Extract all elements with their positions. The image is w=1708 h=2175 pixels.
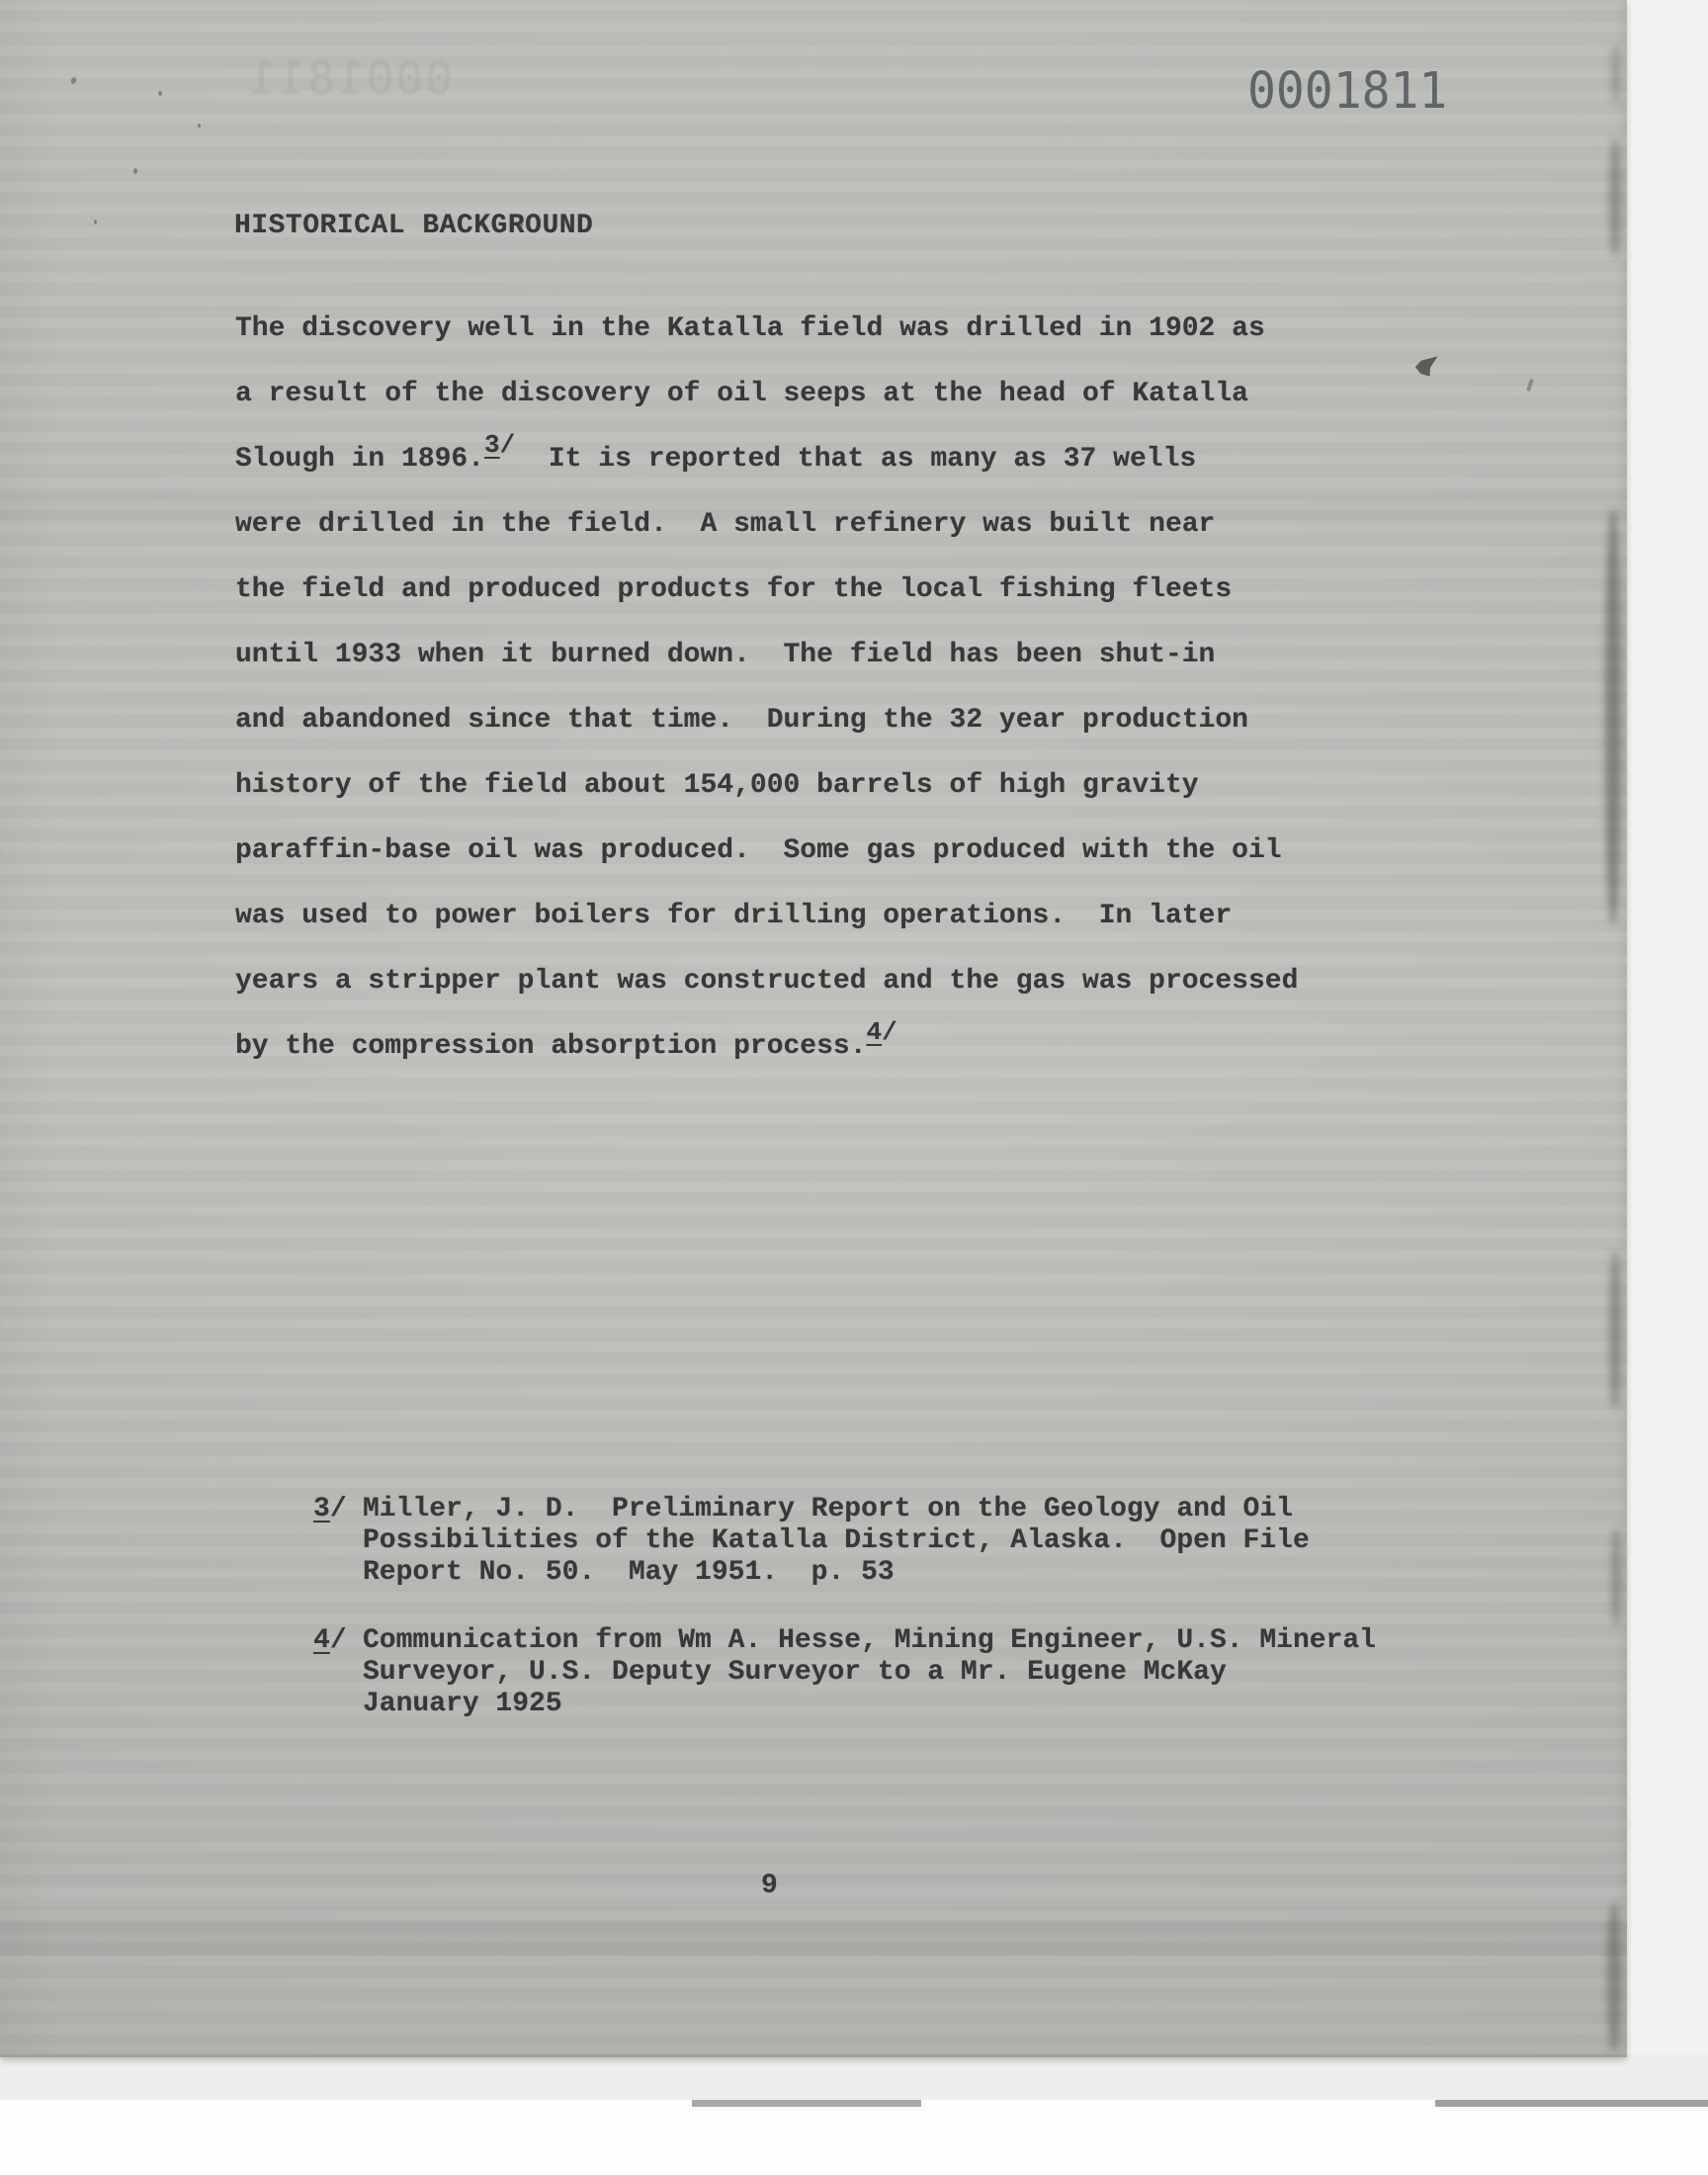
scan-artifact-bar <box>1435 2100 1708 2107</box>
footnote-text: Communication from Wm A. Hesse, Mining E… <box>363 1625 1376 1720</box>
paragraph-line: was used to power boilers for drilling o… <box>235 884 1402 949</box>
paragraph-line: history of the field about 154,000 barre… <box>235 753 1402 819</box>
ink-speck <box>133 168 137 174</box>
edge-ink-smudge <box>1611 1527 1621 1626</box>
paragraph-line: The discovery well in the Katalla field … <box>235 297 1402 362</box>
edge-ink-smudge <box>1605 509 1621 924</box>
paragraph-line: by the compression absorption process.4/ <box>235 1014 1402 1080</box>
ink-blot <box>1414 356 1440 378</box>
paragraph-line: Slough in 1896.3/ It is reported that as… <box>235 427 1402 492</box>
edge-ink-smudge <box>1609 1251 1621 1409</box>
scanned-document-canvas: 0001811 0001811 HISTORICAL BACKGROUND Th… <box>0 0 1708 2175</box>
paragraph-line: until 1933 when it burned down. The fiel… <box>235 623 1402 688</box>
footnote: 3/Miller, J. D. Preliminary Report on th… <box>313 1494 1376 1589</box>
ghost-stamp-bleedthrough: 0001811 <box>247 51 453 105</box>
paragraph-line: years a stripper plant was constructed a… <box>235 949 1402 1014</box>
section-heading: HISTORICAL BACKGROUND <box>234 210 593 243</box>
paragraph-line: the field and produced products for the … <box>235 558 1402 623</box>
footnote: 4/Communication from Wm A. Hesse, Mining… <box>313 1625 1376 1720</box>
paragraph-line: a result of the discovery of oil seeps a… <box>235 362 1402 427</box>
ink-speck <box>94 219 97 224</box>
footnote-reference: 4/ <box>867 1017 897 1047</box>
edge-ink-smudge <box>1609 138 1621 257</box>
paragraph-line: were drilled in the field. A small refin… <box>235 492 1402 558</box>
page-number: 9 <box>761 1870 778 1901</box>
scan-band <box>0 1884 1627 1906</box>
ink-speck <box>198 124 201 128</box>
ink-speck <box>519 222 523 227</box>
paragraph-line: and abandoned since that time. During th… <box>235 688 1402 753</box>
ink-speck <box>1526 379 1534 392</box>
paragraph-line: paraffin-base oil was produced. Some gas… <box>235 819 1402 884</box>
footnote-reference: 3/ <box>484 430 515 460</box>
scanner-background-right <box>1625 0 1708 2100</box>
scan-band <box>0 1922 1627 1956</box>
scanner-background-bottom <box>0 2054 1708 2100</box>
document-id-stamp: 0001811 <box>1247 62 1447 121</box>
edge-ink-smudge <box>1611 44 1620 104</box>
scan-artifact-bar <box>692 2100 921 2107</box>
footnote-marker: 4/ <box>313 1625 363 1720</box>
document-page: 0001811 0001811 HISTORICAL BACKGROUND Th… <box>0 0 1627 2057</box>
body-paragraph: The discovery well in the Katalla field … <box>235 297 1402 1080</box>
ink-speck <box>70 76 77 84</box>
footnote-marker: 3/ <box>313 1494 363 1589</box>
footnotes-section: 3/Miller, J. D. Preliminary Report on th… <box>313 1494 1376 1757</box>
footnote-text: Miller, J. D. Preliminary Report on the … <box>363 1494 1310 1589</box>
ink-speck <box>158 91 162 96</box>
scanner-background-white <box>0 2100 1708 2175</box>
edge-ink-smudge <box>1607 1903 1621 2051</box>
